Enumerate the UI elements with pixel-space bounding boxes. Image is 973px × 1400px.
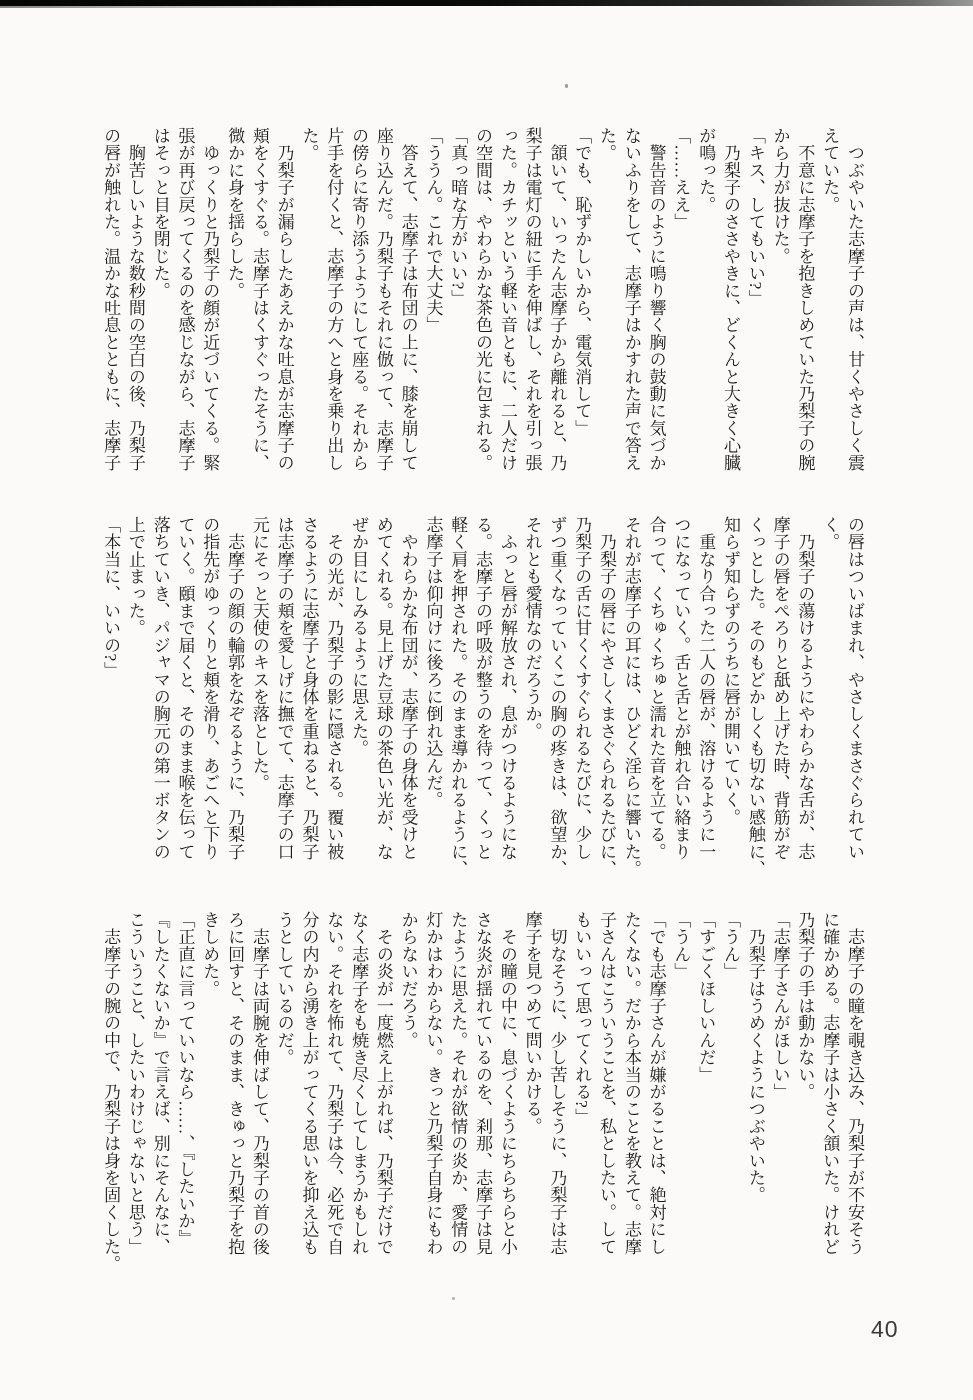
text-line: の傍らに寄り添うようにして座る。それから [345,127,370,493]
text-line: ないふりをして、志摩子はかすれた声で答え [618,127,643,493]
text-line: その瞳の中に、息づくようにちらちらと小 [494,911,519,1277]
text-line: 軽く肩を押された。そのまま導かれるように、 [444,516,469,882]
text-line: 志摩子の腕の中で、乃梨子は身を固くした。 [97,911,122,1277]
text-line: 分の内から湧き上がってくる思いを抑え込も [296,911,321,1277]
text-line: 片手を付くと、志摩子の方へと身を乗り出し [320,127,345,493]
text-line: さな炎が揺れているのを、刹那、志摩子は見 [469,911,494,1277]
text-line: 頬をくすぐる。志摩子はくすぐったそうに、 [246,127,271,493]
text-line: く。 [816,516,841,882]
text-line: の唇が触れた。温かな吐息とともに、志摩子 [97,127,122,493]
text-line: ずつ重くなっていくこの胸の疼きは、欲望か、 [544,516,569,882]
text-line: 元にそっと天使のキスを落とした。 [246,516,271,882]
scan-speck [565,84,568,88]
text-line: 乃梨子はうめくようにつぶやいた。 [742,911,767,1277]
text-line: 座り込んだ。乃梨子もそれに倣って、志摩子 [370,127,395,493]
text-line: 「……ええ」 [668,127,693,493]
text-line: 志摩子は仰向けに後ろに倒れ込んだ。 [420,516,445,882]
text-line: が鳴った。 [692,127,717,493]
text-line: 上で止まった。 [122,516,147,882]
text-line: もいいって思ってくれる?」 [568,911,593,1277]
text-line: 「うん」 [717,911,742,1277]
text-line: 乃梨子のささやきに、どくんと大きく心臓 [717,127,742,493]
text-line: 乃梨子の手は動かない。 [792,911,817,1277]
text-line: から力が抜けた。 [767,127,792,493]
text-line: 「でも志摩子さんが嫌がることは、絶対にし [643,911,668,1277]
text-line: 志摩子の顔の輪郭をなぞるように、乃梨子 [221,516,246,882]
text-line: 摩子の唇をぺろりと舐め上げた時、背筋がぞ [767,516,792,882]
text-line: 不意に志摩子を抱きしめていた乃梨子の腕 [792,127,817,493]
text-line: えていた。 [816,127,841,493]
text-line: つになっていく。舌と舌とが触れ合い絡まり [668,516,693,882]
text-line: 乃梨子の唇にやさしくまさぐられるたびに、 [593,516,618,882]
text-line: それが志摩子の耳には、ひどく淫らに響いた。 [618,516,643,882]
text-line: に確かめる。志摩子は小さく頷いた。けれど [816,911,841,1277]
text-line: ぜか目にしみるように思えた。 [345,516,370,882]
text-line: 重なり合った二人の唇が、溶けるように一 [692,516,717,882]
text-line: の指先がゆっくりと頬を滑り、あごへと下り [196,516,221,882]
text-line: 「真っ暗な方がいい?」 [444,127,469,493]
text-line: 志摩子の瞳を覗き込み、乃梨子が不安そう [841,911,866,1277]
text-line: 落ちていき、パジャマの胸元の第一ボタンの [147,516,172,882]
text-line: た。 [593,127,618,493]
text-line: はそっと目を閉じた。 [147,127,172,493]
text-line: こういうこと、したいわけじゃないと思う」 [122,911,147,1277]
text-line: 志摩子は両腕を伸ばして、乃梨子の首の後 [246,911,271,1277]
text-line: 「正直に言っていいなら……、『したいか』 [172,911,197,1277]
text-line: めてくれる。見上げた豆球の茶色い光が、な [370,516,395,882]
text-line: 灯かはわからない。きっと乃梨子自身にもわ [420,911,445,1277]
text-line: からないだろう。 [395,911,420,1277]
text-line: 頷いて、いったん志摩子から離れると、乃 [544,127,569,493]
text-line: たくない。だから本当のことを教えて。志摩 [618,911,643,1277]
text-line: ゆっくりと乃梨子の顔が近づいてくる。緊 [196,127,221,493]
text-line: 乃梨子の蕩けるようにやわらかな舌が、志 [792,516,817,882]
text-line: 乃梨子の舌に甘くくすぐられるたびに、少し [568,516,593,882]
scan-edge-top [0,0,973,6]
text-line: 切なそうに、少し苦しそうに、乃梨子は志 [544,911,569,1277]
text-line: きしめた。 [196,911,221,1277]
page-number: 40 [871,1316,899,1343]
text-line: 『したくないか』で言えば、別にそんなに、 [147,911,172,1277]
text-line: さるように志摩子と身体を重ねると、乃梨子 [296,516,321,882]
text-line: うとしているのだ。 [271,911,296,1277]
text-line: たように思えた。それが欲情の炎か、愛情の [444,911,469,1277]
text-line: た。 [296,127,321,493]
scan-speck [452,1297,455,1300]
text-line: の唇はついばまれ、やさしくまさぐられてい [841,516,866,882]
text-line: 張が再び戻ってくるのを感じながら、志摩子 [172,127,197,493]
text-line: ふっと唇が解放され、息がつけるようにな [494,516,519,882]
text-line: 微かに身を揺らした。 [221,127,246,493]
text-line: なく志摩子をも焼き尽くしてしまうかもしれ [345,911,370,1277]
text-line: 摩子を見つめて問いかける。 [519,911,544,1277]
text-line: 知らず知らずのうちに唇が開いていく。 [717,516,742,882]
text-line: それとも愛情なのだろうか。 [519,516,544,882]
text-line: その炎が一度燃え上がれば、乃梨子だけで [370,911,395,1277]
text-line: 「うん」 [668,911,693,1277]
text-line: った。カチッという軽い音ともに、二人だけ [494,127,519,493]
text-line: やわらかな布団が、志摩子の身体を受けと [395,516,420,882]
text-line: の空間は、やわらかな茶色の光に包まれる。 [469,127,494,493]
scanned-page: つぶやいた志摩子の声は、甘くやさしく震えていた。 不意に志摩子を抱きしめていた乃… [0,0,973,1400]
text-block-2: の唇はついばまれ、やさしくまさぐられていく。 乃梨子の蕩けるようにやわらかな舌が… [96,516,866,882]
text-block-1: つぶやいた志摩子の声は、甘くやさしく震えていた。 不意に志摩子を抱きしめていた乃… [96,127,866,493]
text-block-3: 志摩子の瞳を覗き込み、乃梨子が不安そうに確かめる。志摩子は小さく頷いた。けれど乃… [96,911,866,1277]
text-line: 胸苦しいような数秒間の空白の後、乃梨子 [122,127,147,493]
text-line: 子さんはこういうことを、私としたい。して [593,911,618,1277]
text-line: 「でも、恥ずかしいから、電気消して」 [568,127,593,493]
text-line: 合って、くちゅくちゅと濡れた音を立てる。 [643,516,668,882]
text-line: その光が、乃梨子の影に隠される。覆い被 [320,516,345,882]
text-line: は志摩子の頬を愛しげに撫でて、志摩子の口 [271,516,296,882]
text-line: る。志摩子の呼吸が整うのを待って、くっと [469,516,494,882]
text-line: 「本当に、いいの?」 [97,516,122,882]
text-line: 答えて、志摩子は布団の上に、膝を崩して [395,127,420,493]
text-line: ていく。頤まで届くと、そのまま喉を伝って [172,516,197,882]
text-line: 「ううん。これで大丈夫」 [420,127,445,493]
text-line: 乃梨子が漏らしたあえかな吐息が志摩子の [271,127,296,493]
text-line: ろに回すと、そのまま、きゅっと乃梨子を抱 [221,911,246,1277]
text-line: 警告音のように鳴り響く胸の鼓動に気づか [643,127,668,493]
text-line: 「キス、してもいい?」 [742,127,767,493]
text-line: 「志摩子さんがほしい」 [767,911,792,1277]
text-line: くっとした。そのもどかしくも切ない感触に、 [742,516,767,882]
text-line: 「すごくほしいんだ」 [692,911,717,1277]
text-line: つぶやいた志摩子の声は、甘くやさしく震 [841,127,866,493]
text-line: ない。それを怖れて、乃梨子は今、必死で自 [320,911,345,1277]
text-line: 梨子は電灯の紐に手を伸ばし、それを引っ張 [519,127,544,493]
